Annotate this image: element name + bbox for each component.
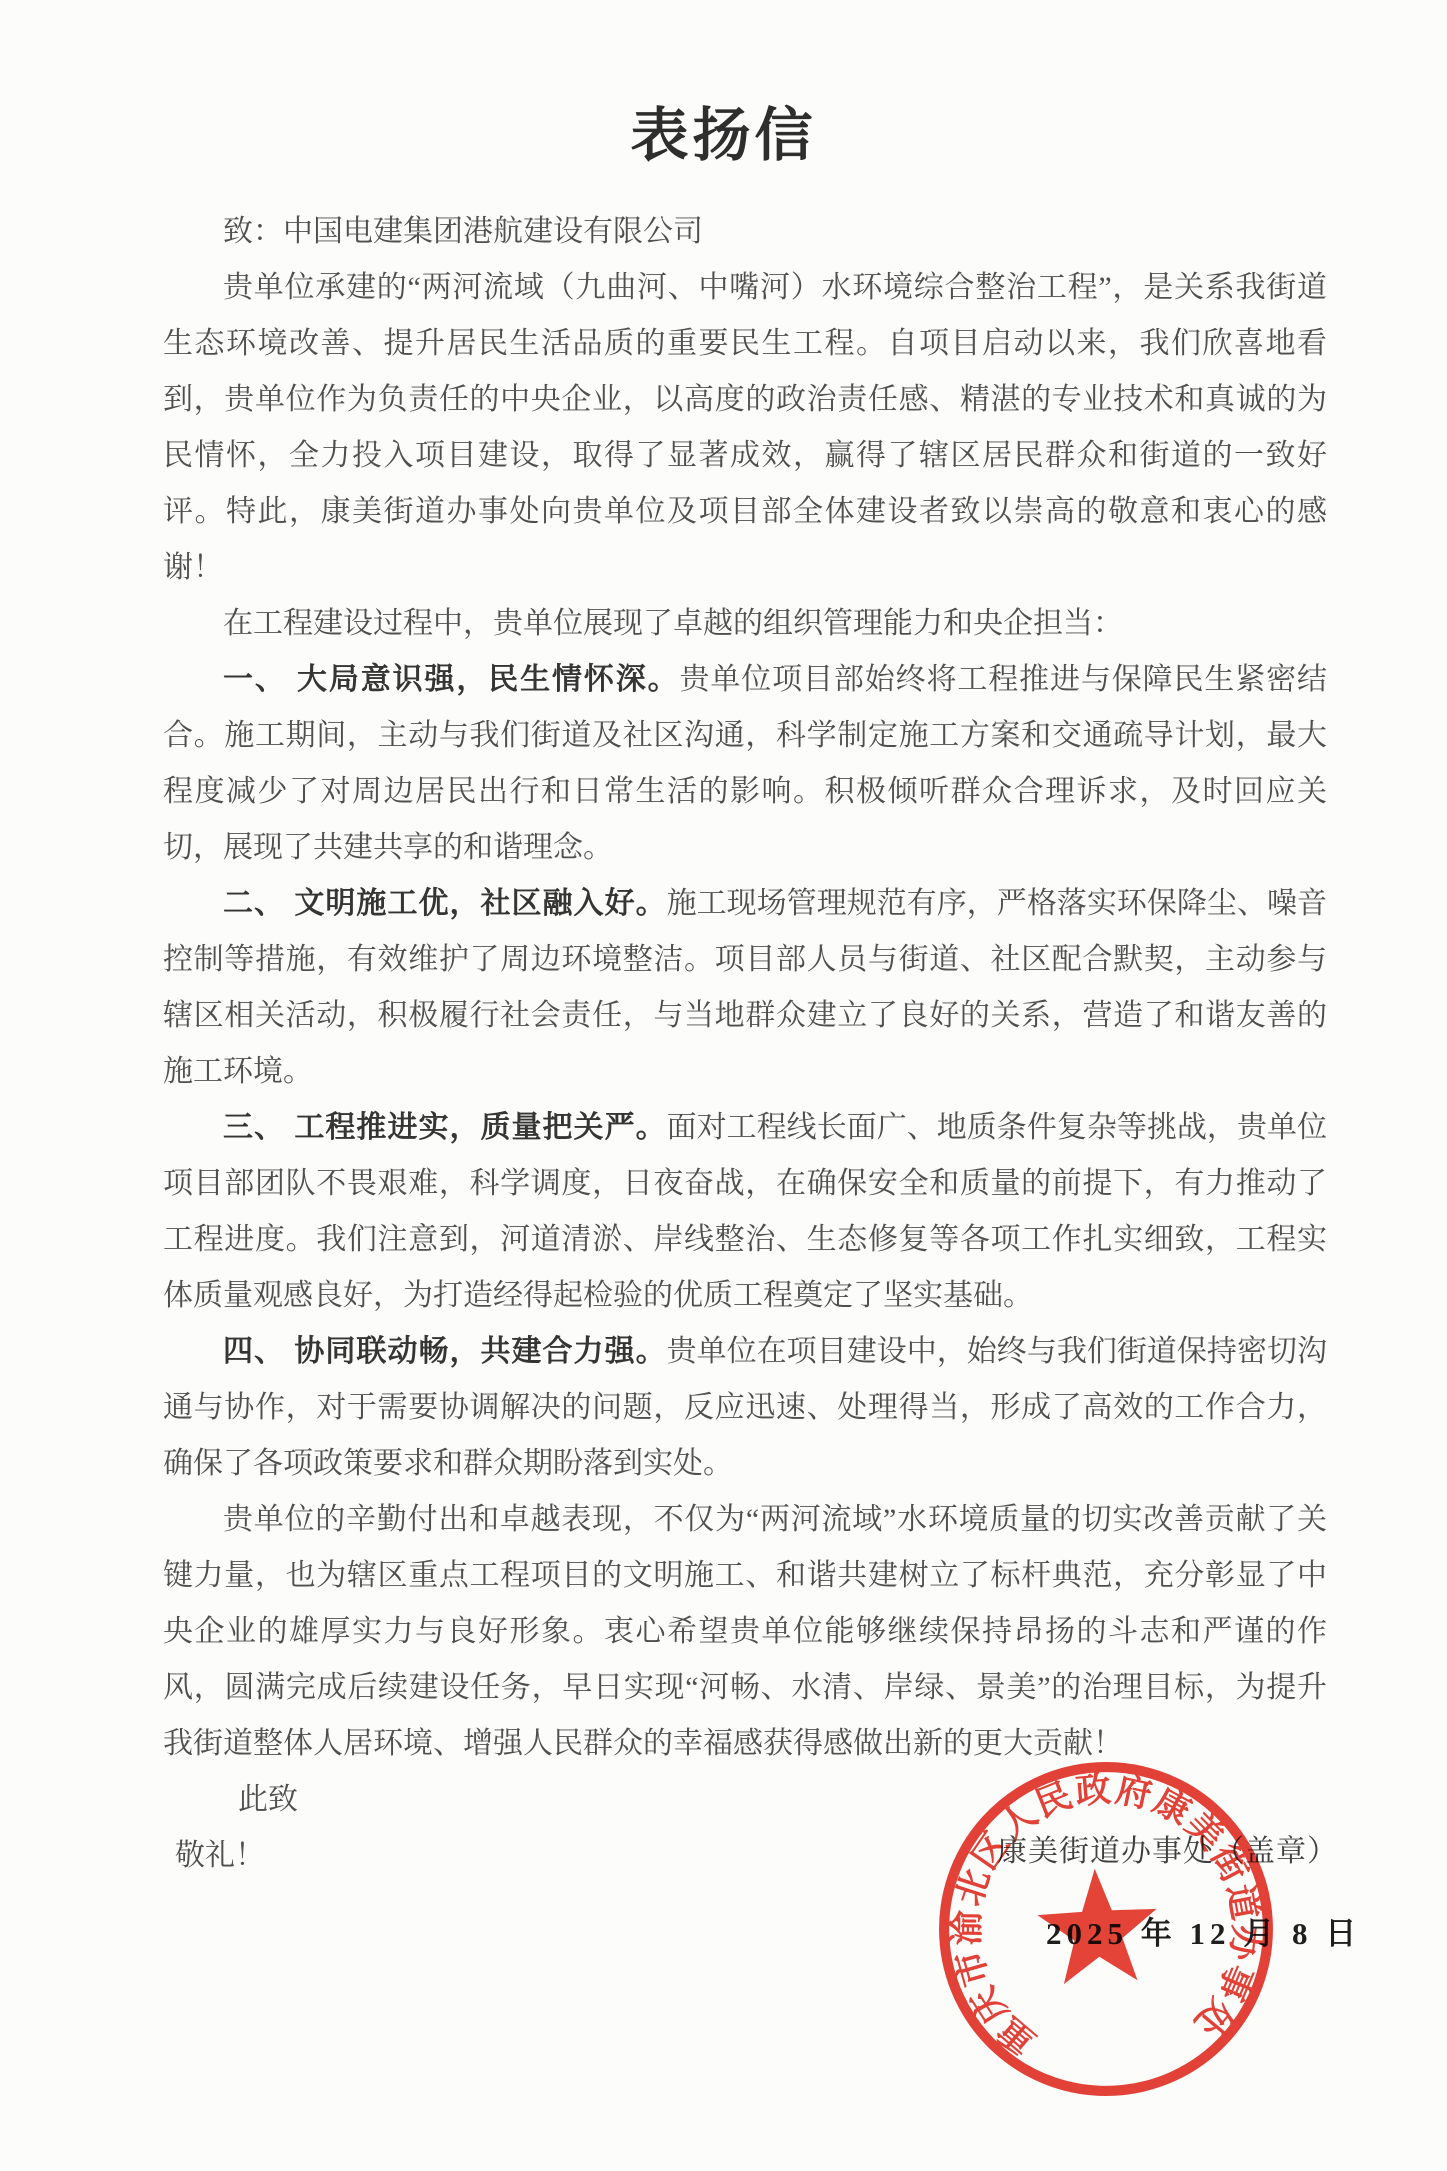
paragraph-2-text: 在工程建设过程中，贵单位展现了卓越的组织管理能力和央企担当： — [223, 607, 1123, 640]
paragraph-6: 四、 协同联动畅，共建合力强。贵单位在项目建设中，始终与我们街道保持密切沟通与协… — [163, 1324, 1327, 1492]
paragraph-1: 贵单位承建的“两河流域（九曲河、中嘴河）水环境综合整治工程”，是关系我街道生态环… — [163, 260, 1327, 596]
paragraph-7-text: 贵单位的辛勤付出和卓越表现，不仅为“两河流域”水环境质量的切实改善贡献了关键力量… — [163, 1503, 1327, 1760]
official-seal-stamp: 重庆市渝北区人民政府康美街道办事处 — [925, 1748, 1287, 2110]
paragraph-7: 贵单位的辛勤付出和卓越表现，不仅为“两河流域”水环境质量的切实改善贡献了关键力量… — [163, 1492, 1327, 1772]
paragraph-3: 一、 大局意识强，民生情怀深。贵单位项目部始终将工程推进与保障民生紧密结合。施工… — [163, 652, 1327, 876]
recipient-line: 致：中国电建集团港航建设有限公司 — [163, 204, 1327, 260]
paragraph-3-lead: 一、 大局意识强，民生情怀深。 — [223, 663, 679, 696]
letter-title: 表扬信 — [0, 88, 1447, 172]
paragraph-5: 三、 工程推进实，质量把关严。面对工程线长面广、地质条件复杂等挑战，贵单位项目部… — [163, 1100, 1327, 1324]
paragraph-6-lead: 四、 协同联动畅，共建合力强。 — [223, 1335, 667, 1368]
paragraph-5-lead: 三、 工程推进实，质量把关严。 — [223, 1111, 667, 1144]
seal-star-icon — [1035, 1866, 1160, 1986]
paragraph-2: 在工程建设过程中，贵单位展现了卓越的组织管理能力和央企担当： — [163, 596, 1327, 652]
paragraph-4-lead: 二、 文明施工优，社区融入好。 — [223, 887, 667, 920]
letter-page: 表扬信 致：中国电建集团港航建设有限公司 贵单位承建的“两河流域（九曲河、中嘴河… — [0, 0, 1447, 2171]
paragraph-4: 二、 文明施工优，社区融入好。施工现场管理规范有序，严格落实环保降尘、噪音控制等… — [163, 876, 1327, 1100]
letter-body: 致：中国电建集团港航建设有限公司 贵单位承建的“两河流域（九曲河、中嘴河）水环境… — [163, 204, 1327, 1884]
paragraph-1-text: 贵单位承建的“两河流域（九曲河、中嘴河）水环境综合整治工程”，是关系我街道生态环… — [163, 271, 1327, 584]
